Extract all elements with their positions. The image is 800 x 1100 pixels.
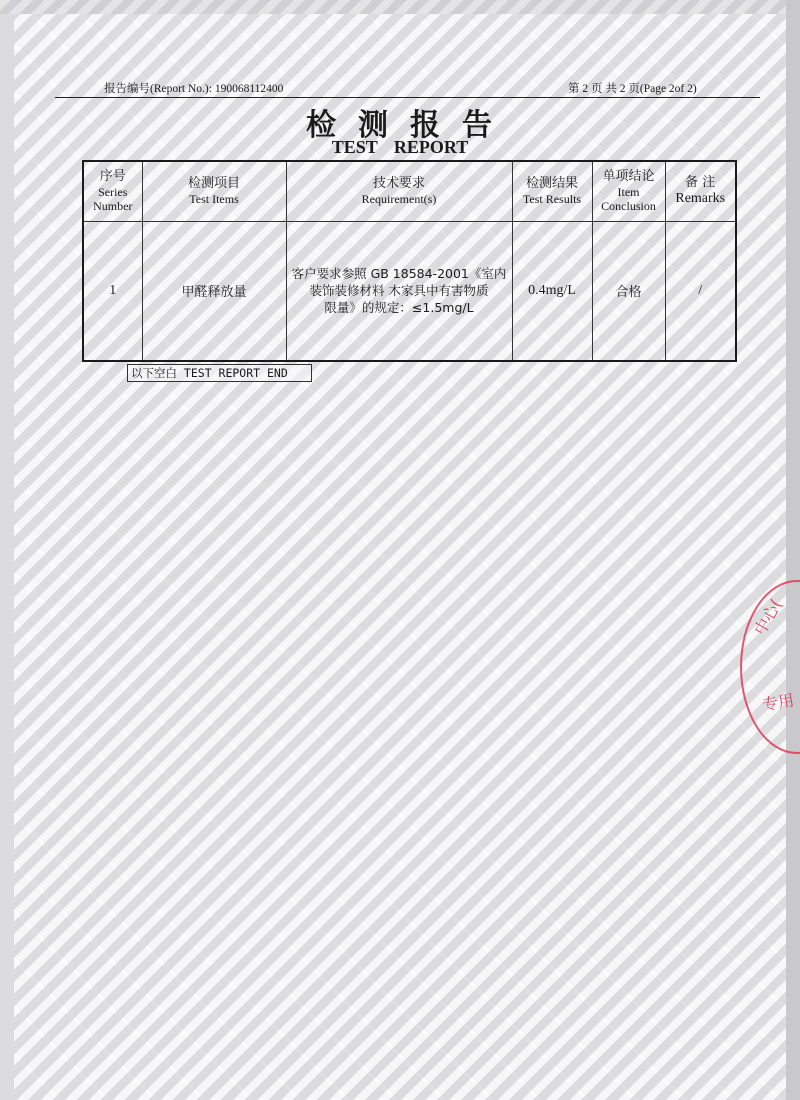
table-header-row: 序号 Series Number 检测项目 Test Items 技术要求 Re… [83, 161, 736, 221]
col-header-test-items: 检测项目 Test Items [142, 161, 286, 221]
col-header-item-conclusion: 单项结论 Item Conclusion [592, 161, 665, 221]
report-number-label: 报告编号(Report No.): [104, 83, 212, 95]
cell-result: 0.4mg/L [512, 221, 592, 361]
col-header-remarks: 备 注 Remarks [665, 161, 736, 221]
cell-requirement: 客户要求参照 GB 18584-2001《室内 装饰装修材料 木家具中有害物质 … [286, 221, 512, 361]
report-number-value: 190068112400 [215, 83, 284, 95]
test-results-table: 序号 Series Number 检测项目 Test Items 技术要求 Re… [82, 160, 737, 362]
cell-test-item: 甲醛释放量 [142, 221, 286, 361]
cell-remarks: / [665, 221, 736, 361]
col-header-test-results: 检测结果 Test Results [512, 161, 592, 221]
col-header-requirements: 技术要求 Requirement(s) [286, 161, 512, 221]
scan-left-edge [0, 14, 14, 1100]
scan-right-edge [786, 0, 800, 1100]
table-row: 1 甲醛释放量 客户要求参照 GB 18584-2001《室内 装饰装修材料 木… [83, 221, 736, 361]
cell-series: 1 [83, 221, 142, 361]
report-number: 报告编号(Report No.): 190068112400 [104, 80, 283, 96]
cell-conclusion: 合格 [592, 221, 665, 361]
page-indicator: 第 2 页 共 2 页(Page 2of 2) [568, 80, 697, 96]
report-end-marker: 以下空白 TEST REPORT END [127, 364, 312, 382]
scan-top-edge [0, 0, 800, 14]
header-divider [55, 97, 760, 98]
col-header-series: 序号 Series Number [83, 161, 142, 221]
page-title-en: TEST REPORT [0, 137, 800, 158]
